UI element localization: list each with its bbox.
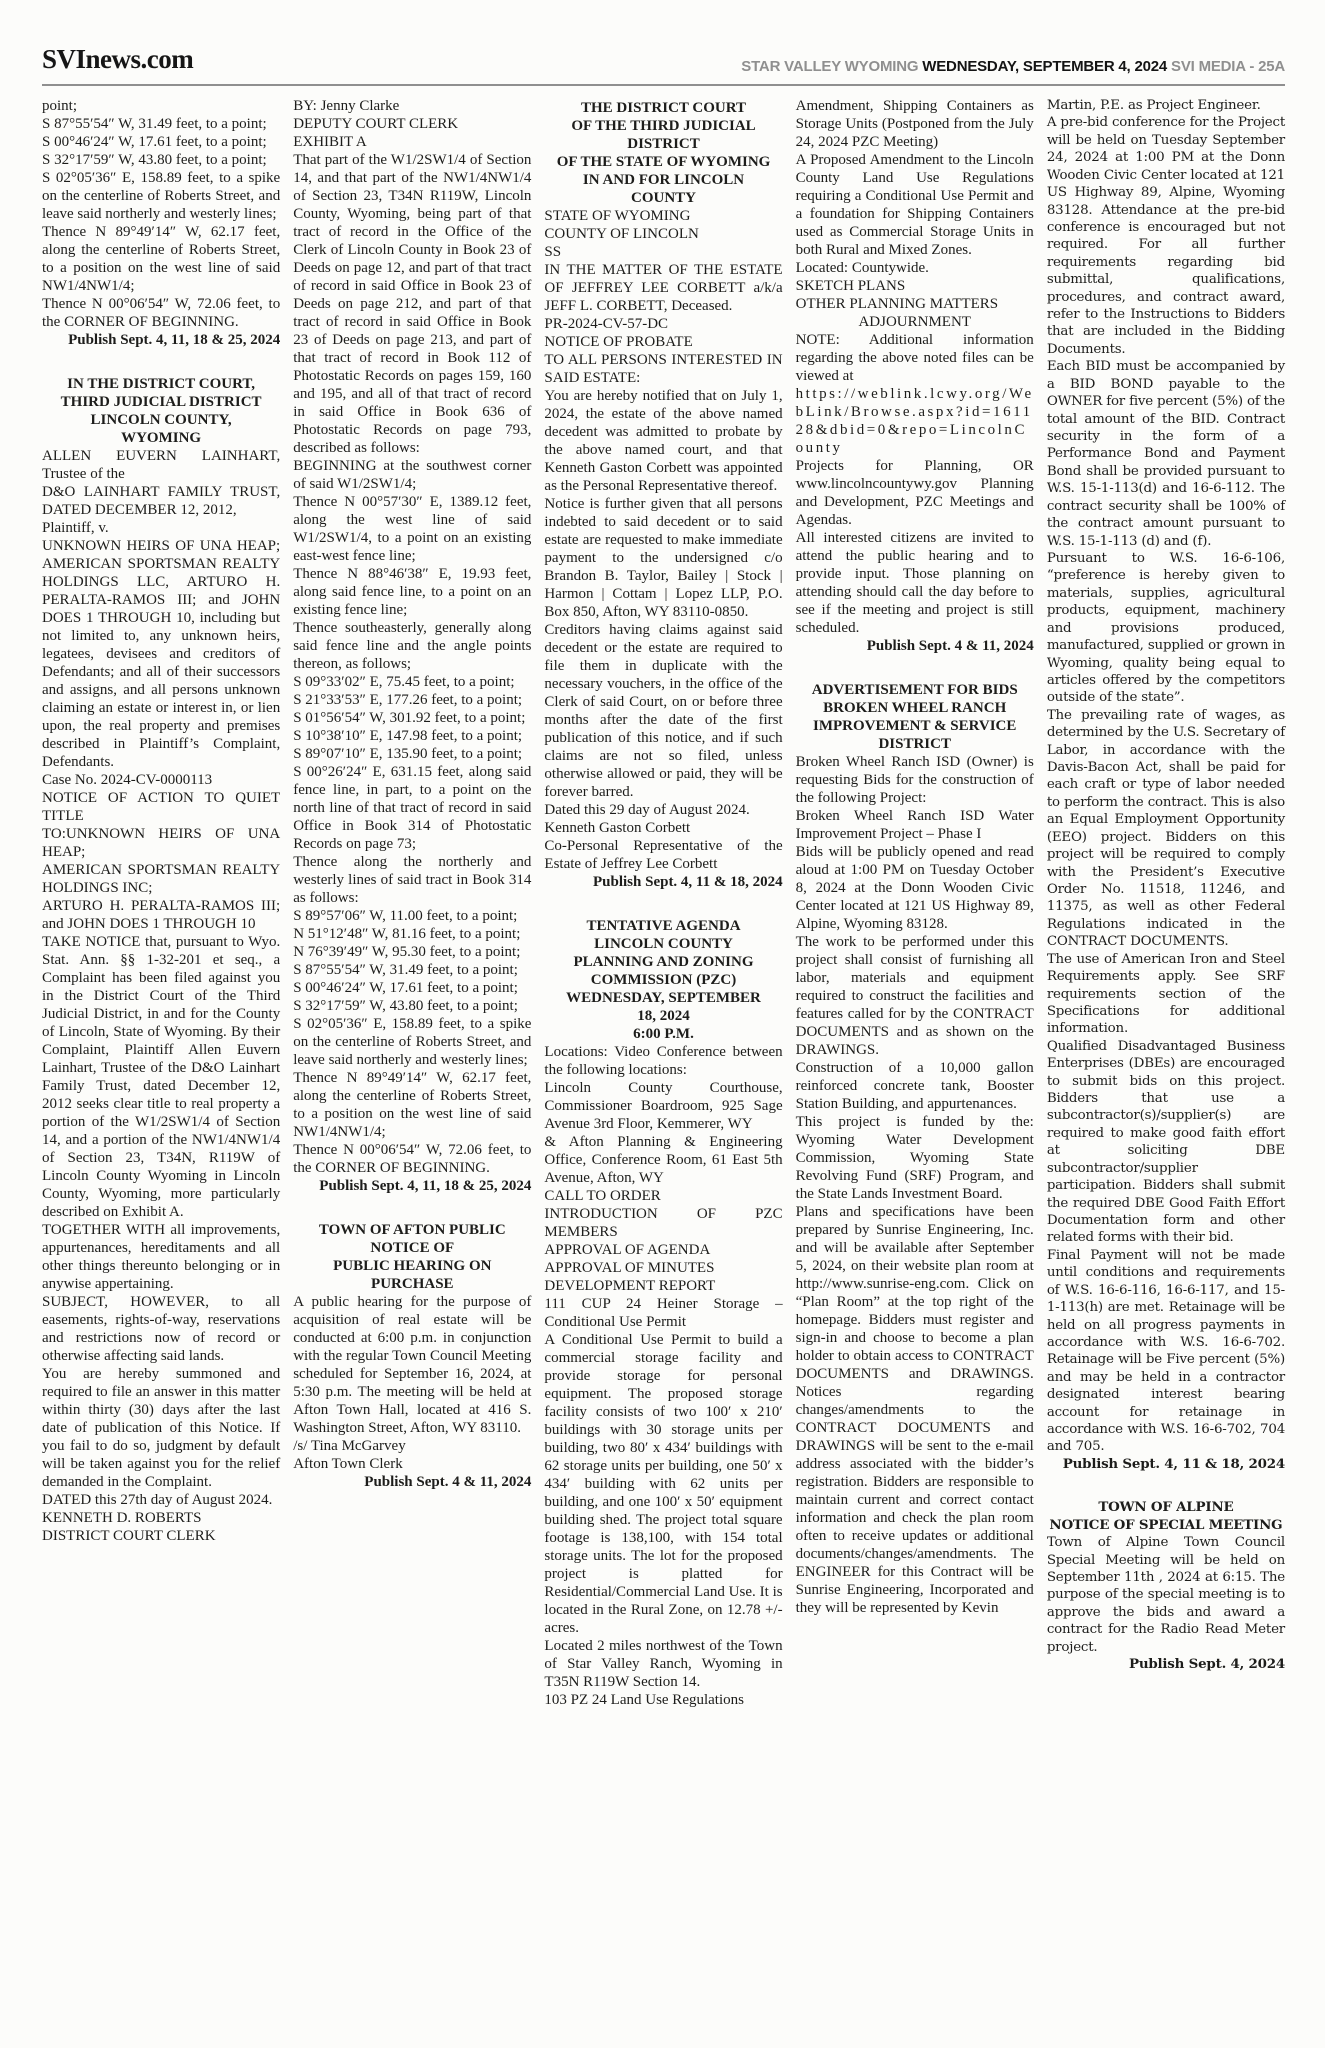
publish-line: Publish Sept. 4 & 11, 2024	[293, 1473, 531, 1491]
column-1: point;S 87°55′54″ W, 31.49 feet, to a po…	[42, 97, 280, 1709]
notice-paragraph: PR-2024-CV-57-DC	[544, 315, 782, 333]
notice-paragraph: The work to be performed under this proj…	[796, 933, 1034, 1059]
notice-paragraph: S 89°57′06″ W, 11.00 feet, to a point;	[293, 907, 531, 925]
notice-paragraph: Plans and specifications have been prepa…	[796, 1203, 1034, 1617]
notice-heading: TOWN OF ALPINE NOTICE OF SPECIAL MEETING	[1047, 1499, 1285, 1534]
notice-paragraph: STATE OF WYOMING	[544, 207, 782, 225]
issue-date: WEDNESDAY, SEPTEMBER 4, 2024	[922, 58, 1167, 75]
columns: point;S 87°55′54″ W, 31.49 feet, to a po…	[0, 86, 1325, 1709]
notice-paragraph: Final Payment will not be made until con…	[1047, 1247, 1285, 1456]
notice-paragraph: KENNETH D. ROBERTS	[42, 1509, 280, 1527]
notice-paragraph: 111 CUP 24 Heiner Storage – Conditional …	[544, 1295, 782, 1331]
notice-paragraph: IN THE MATTER OF THE ESTATE OF JEFFREY L…	[544, 261, 782, 315]
notice-paragraph: Thence southeasterly, generally along sa…	[293, 619, 531, 673]
notice-paragraph: This project is funded by the: Wyoming W…	[796, 1113, 1034, 1203]
column-2: BY: Jenny ClarkeDEPUTY COURT CLERKEXHIBI…	[293, 97, 531, 1709]
notice-paragraph: Kenneth Gaston Corbett	[544, 819, 782, 837]
notice-paragraph: TO:UNKNOWN HEIRS OF UNA HEAP;	[42, 825, 280, 861]
notice-paragraph: S 00°26′24″ E, 631.15 feet, along said f…	[293, 763, 531, 853]
notice-paragraph: S 89°07′10″ E, 135.90 feet, to a point;	[293, 745, 531, 763]
notice-paragraph: Broken Wheel Ranch ISD Water Improvement…	[796, 807, 1034, 843]
masthead: SVInews.com STAR VALLEY WYOMING WEDNESDA…	[42, 0, 1285, 86]
notice-paragraph: COUNTY OF LINCOLN	[544, 225, 782, 243]
notice-paragraph: N 76°39′49″ W, 95.30 feet, to a point;	[293, 943, 531, 961]
notice-paragraph: Locations: Video Conference between the …	[544, 1043, 782, 1079]
notice-paragraph: INTRODUCTION OF PZC MEMBERS	[544, 1205, 782, 1241]
issue-location: STAR VALLEY WYOMING	[741, 58, 918, 75]
notice-paragraph: S 09°33′02″ E, 75.45 feet, to a point;	[293, 673, 531, 691]
notice-url: https://weblink.lcwy.org/WebLink/Browse.…	[796, 385, 1034, 457]
notice-paragraph: S 02°05′36″ E, 158.89 feet, to a spike o…	[42, 169, 280, 223]
notice-paragraph: NOTICE OF PROBATE	[544, 333, 782, 351]
notice-paragraph: DEPUTY COURT CLERK	[293, 115, 531, 133]
notice-paragraph: Thence N 89°49′14″ W, 62.17 feet, along …	[293, 1069, 531, 1141]
notice-paragraph: TO ALL PERSONS INTERESTED IN SAID ESTATE…	[544, 351, 782, 387]
notice-paragraph: Projects for Planning, OR www.lincolncou…	[796, 457, 1034, 529]
notice-paragraph: UNKNOWN HEIRS OF UNA HEAP; AMERICAN SPOR…	[42, 537, 280, 771]
notice-paragraph: Pursuant to W.S. 16-6-106, “preference i…	[1047, 550, 1285, 707]
notice-paragraph: APPROVAL OF MINUTES	[544, 1259, 782, 1277]
notice-paragraph: Notice is further given that all persons…	[544, 495, 782, 621]
notice-paragraph: Amendment, Shipping Containers as Storag…	[796, 97, 1034, 151]
notice-paragraph: Located 2 miles northwest of the Town of…	[544, 1637, 782, 1691]
notice-paragraph: BY: Jenny Clarke	[293, 97, 531, 115]
notice-heading: IN THE DISTRICT COURT, THIRD JUDICIAL DI…	[42, 375, 280, 447]
notice-paragraph: /s/ Tina McGarvey	[293, 1437, 531, 1455]
notice-paragraph: EXHIBIT A	[293, 133, 531, 151]
publish-line: Publish Sept. 4, 11 & 18, 2024	[1047, 1456, 1285, 1473]
notice-paragraph: ALLEN EUVERN LAINHART, Trustee of the	[42, 447, 280, 483]
notice-heading: ADVERTISEMENT FOR BIDS BROKEN WHEEL RANC…	[796, 681, 1034, 753]
site-logo: SVInews.com	[42, 44, 193, 75]
notice-paragraph: & Afton Planning & Engineering Office, C…	[544, 1133, 782, 1187]
notice-paragraph: SKETCH PLANS	[796, 277, 1034, 295]
notice-paragraph: Located: Countywide.	[796, 259, 1034, 277]
issue-line: STAR VALLEY WYOMING WEDNESDAY, SEPTEMBER…	[741, 58, 1285, 75]
notice-paragraph: SUBJECT, HOWEVER, to all easements, righ…	[42, 1293, 280, 1365]
publish-line: Publish Sept. 4, 11, 18 & 25, 2024	[42, 331, 280, 349]
publish-line: Publish Sept. 4, 11, 18 & 25, 2024	[293, 1177, 531, 1195]
notice-paragraph: APPROVAL OF AGENDA	[544, 1241, 782, 1259]
notice-paragraph: The use of American Iron and Steel Requi…	[1047, 951, 1285, 1038]
notice-paragraph: S 01°56′54″ W, 301.92 feet, to a point;	[293, 709, 531, 727]
notice-paragraph: OTHER PLANNING MATTERS	[796, 295, 1034, 313]
notice-paragraph: S 21°33′53″ E, 177.26 feet, to a point;	[293, 691, 531, 709]
notice-paragraph: Thence N 00°57′30″ E, 1389.12 feet, alon…	[293, 493, 531, 565]
publish-line: Publish Sept. 4, 11 & 18, 2024	[544, 873, 782, 891]
notice-paragraph: ARTURO H. PERALTA-RAMOS III; and JOHN DO…	[42, 897, 280, 933]
notice-paragraph: S 87°55′54″ W, 31.49 feet, to a point;	[293, 961, 531, 979]
notice-paragraph: S 00°46′24″ W, 17.61 feet, to a point;	[293, 979, 531, 997]
notice-heading: THE DISTRICT COURT OF THE THIRD JUDICIAL…	[544, 99, 782, 207]
notice-paragraph: Dated this 29 day of August 2024.	[544, 801, 782, 819]
notice-paragraph: You are hereby summoned and required to …	[42, 1365, 280, 1491]
notice-paragraph: Bids will be publicly opened and read al…	[796, 843, 1034, 933]
notice-paragraph: Martin, P.E. as Project Engineer.	[1047, 97, 1285, 114]
notice-paragraph: CALL TO ORDER	[544, 1187, 782, 1205]
notice-paragraph: A Proposed Amendment to the Lincoln Coun…	[796, 151, 1034, 259]
notice-paragraph: The prevailing rate of wages, as determi…	[1047, 707, 1285, 951]
notice-paragraph: 103 PZ 24 Land Use Regulations	[544, 1691, 782, 1709]
notice-paragraph: S 10°38′10″ E, 147.98 feet, to a point;	[293, 727, 531, 745]
notice-paragraph: Thence along the northerly and westerly …	[293, 853, 531, 907]
notice-paragraph: S 32°17′59″ W, 43.80 feet, to a point;	[293, 997, 531, 1015]
notice-paragraph: Thence N 00°06′54″ W, 72.06 feet, to the…	[42, 295, 280, 331]
notice-paragraph: BEGINNING at the southwest corner of sai…	[293, 457, 531, 493]
column-4: Amendment, Shipping Containers as Storag…	[796, 97, 1034, 1709]
notice-paragraph: DEVELOPMENT REPORT	[544, 1277, 782, 1295]
newspaper-legal-notices-page: SVInews.com STAR VALLEY WYOMING WEDNESDA…	[0, 0, 1325, 2048]
column-5: Martin, P.E. as Project Engineer.A pre-b…	[1047, 97, 1285, 1709]
notice-paragraph: Plaintiff, v.	[42, 519, 280, 537]
issue-edition: SVI MEDIA - 25A	[1171, 58, 1285, 75]
column-3: THE DISTRICT COURT OF THE THIRD JUDICIAL…	[544, 97, 782, 1709]
notice-paragraph: Broken Wheel Ranch ISD (Owner) is reques…	[796, 753, 1034, 807]
notice-paragraph: S 02°05′36″ E, 158.89 feet, to a spike o…	[293, 1015, 531, 1069]
notice-paragraph: DATED this 27th day of August 2024.	[42, 1491, 280, 1509]
notice-paragraph: D&O LAINHART FAMILY TRUST, DATED DECEMBE…	[42, 483, 280, 519]
notice-paragraph: ADJOURNMENT	[796, 313, 1034, 331]
notice-paragraph: S 87°55′54″ W, 31.49 feet, to a point;	[42, 115, 280, 133]
notice-paragraph: NOTICE OF ACTION TO QUIET TITLE	[42, 789, 280, 825]
notice-heading: TENTATIVE AGENDA LINCOLN COUNTY PLANNING…	[544, 917, 782, 1043]
notice-paragraph: N 51°12′48″ W, 81.16 feet, to a point;	[293, 925, 531, 943]
notice-paragraph: Qualified Disadvantaged Business Enterpr…	[1047, 1038, 1285, 1247]
notice-paragraph: Thence N 00°06′54″ W, 72.06 feet, to the…	[293, 1141, 531, 1177]
notice-paragraph: That part of the W1/2SW1/4 of Section 14…	[293, 151, 531, 457]
notice-paragraph: Co-Personal Representative of the Estate…	[544, 837, 782, 873]
notice-paragraph: Creditors having claims against said dec…	[544, 621, 782, 801]
notice-paragraph: AMERICAN SPORTSMAN REALTY HOLDINGS INC;	[42, 861, 280, 897]
publish-line: Publish Sept. 4, 2024	[1047, 1656, 1285, 1673]
notice-paragraph: S 00°46′24″ W, 17.61 feet, to a point;	[42, 133, 280, 151]
notice-paragraph: Case No. 2024-CV-0000113	[42, 771, 280, 789]
notice-paragraph: Thence N 89°49′14″ W, 62.17 feet, along …	[42, 223, 280, 295]
notice-paragraph: SS	[544, 243, 782, 261]
notice-paragraph: point;	[42, 97, 280, 115]
notice-paragraph: A Conditional Use Permit to build a comm…	[544, 1331, 782, 1637]
notice-paragraph: TOGETHER WITH all improvements, appurten…	[42, 1221, 280, 1293]
notice-paragraph: Afton Town Clerk	[293, 1455, 531, 1473]
notice-paragraph: Thence N 88°46′38″ E, 19.93 feet, along …	[293, 565, 531, 619]
notice-paragraph: Town of Alpine Town Council Special Meet…	[1047, 1534, 1285, 1656]
notice-paragraph: A pre-bid conference for the Project wil…	[1047, 114, 1285, 358]
publish-line: Publish Sept. 4 & 11, 2024	[796, 637, 1034, 655]
notice-paragraph: NOTE: Additional information regarding t…	[796, 331, 1034, 385]
notice-paragraph: S 32°17′59″ W, 43.80 feet, to a point;	[42, 151, 280, 169]
notice-paragraph: You are hereby notified that on July 1, …	[544, 387, 782, 495]
notice-paragraph: Lincoln County Courthouse, Commissioner …	[544, 1079, 782, 1133]
notice-paragraph: A public hearing for the purpose of acqu…	[293, 1293, 531, 1437]
notice-paragraph: All interested citizens are invited to a…	[796, 529, 1034, 637]
notice-paragraph: Each BID must be accompanied by a BID BO…	[1047, 358, 1285, 550]
notice-paragraph: DISTRICT COURT CLERK	[42, 1527, 280, 1545]
notice-paragraph: TAKE NOTICE that, pursuant to Wyo. Stat.…	[42, 933, 280, 1221]
notice-paragraph: Construction of a 10,000 gallon reinforc…	[796, 1059, 1034, 1113]
notice-heading: TOWN OF AFTON PUBLIC NOTICE OF PUBLIC HE…	[293, 1221, 531, 1293]
